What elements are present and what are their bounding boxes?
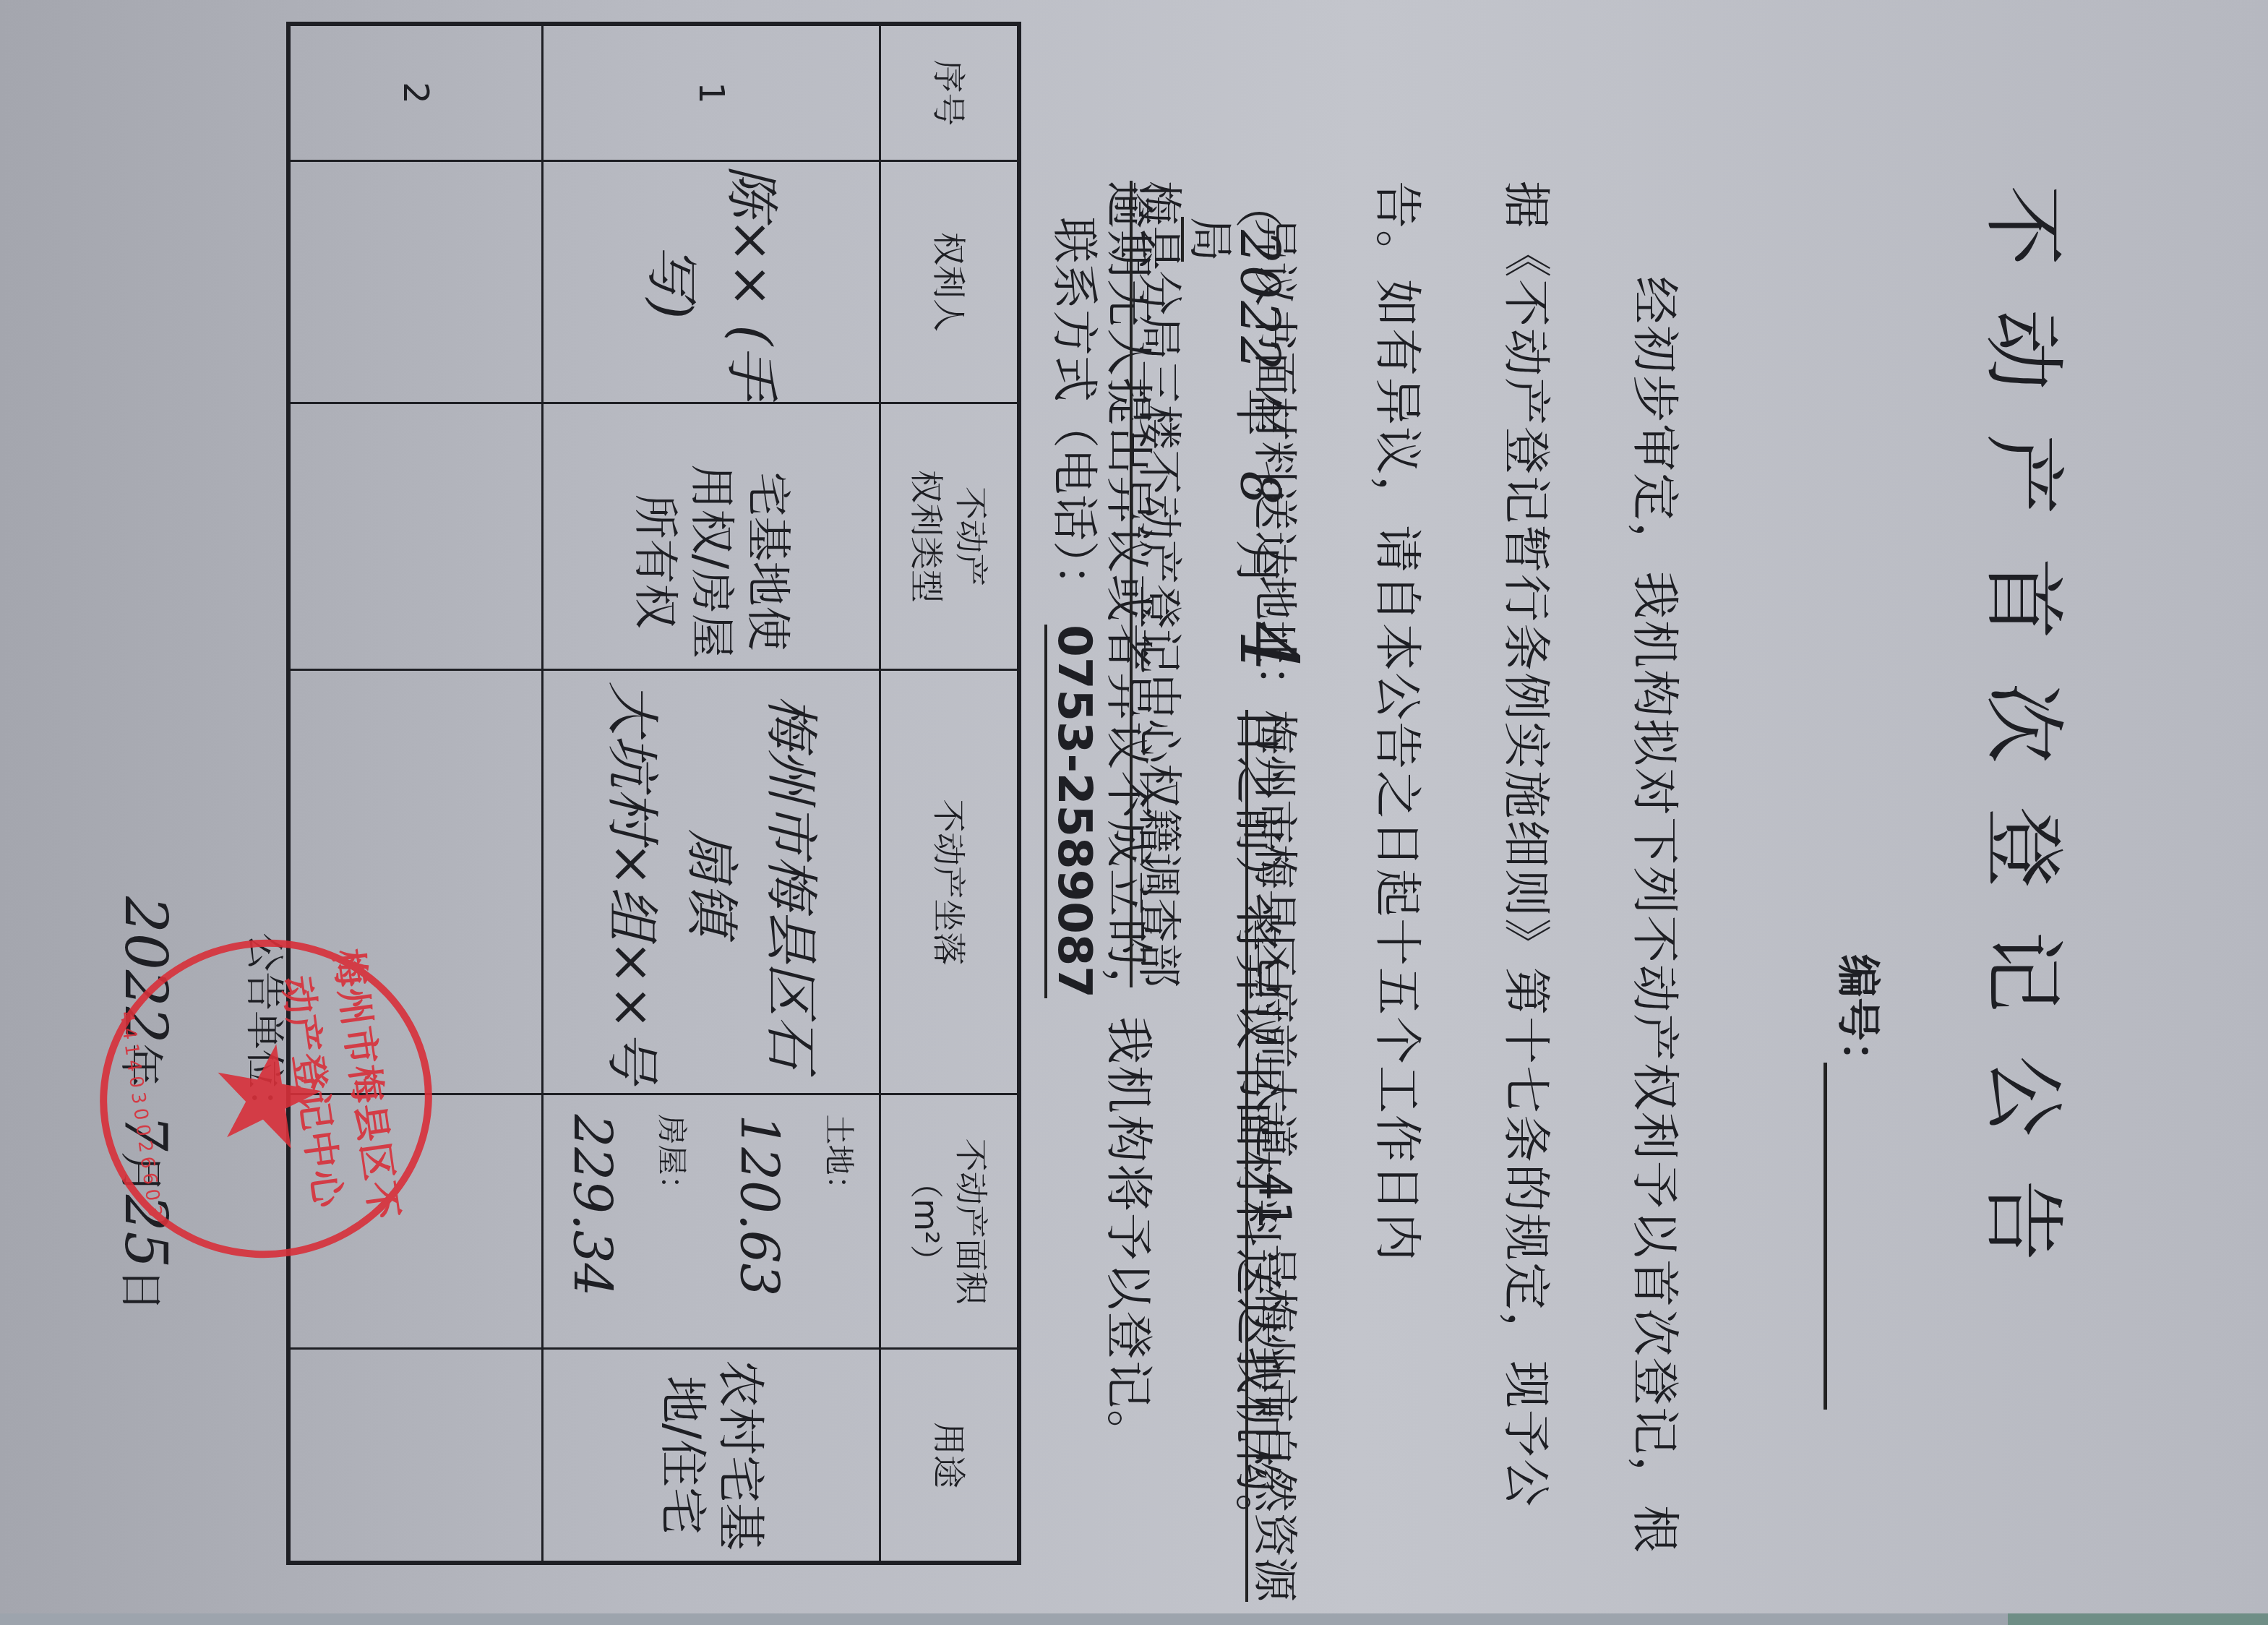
header-right-type: 不动产权利类型: [880, 403, 1020, 669]
cell-right-type: [288, 403, 543, 669]
notice-page: 不动产首次登记公告 编号： 经初步审定，我机构拟对下列不动产权利予以首次登记，根…: [0, 0, 2268, 1625]
header-index: 序号: [880, 24, 1020, 161]
cell-use: [288, 1349, 543, 1563]
table-header-row: 序号 权利人 不动产权利类型 不动产坐落 不动产面积（m²） 用途: [880, 24, 1020, 1563]
serial-label: 编号：: [1830, 954, 1892, 1084]
table-row: 2: [288, 24, 543, 1563]
header-location: 不动产坐落: [880, 670, 1020, 1094]
contact-label: 联系方式（电话）：: [1047, 217, 1101, 610]
registration-table: 序号 权利人 不动产权利类型 不动产坐落 不动产面积（m²） 用途 1 陈×× …: [286, 22, 1021, 1565]
contact-phone: 0753-2589087: [1044, 625, 1101, 998]
header-owner: 权利人: [880, 161, 1020, 403]
page-title: 不动产首次登记公告: [1971, 0, 2087, 1489]
cell-right-type: 宅基地使用权/房屋所有权: [543, 403, 880, 669]
serial-field[interactable]: [1824, 1063, 1827, 1410]
address-row-2: 梅县分局三楼不动产登记中心权籍调查部: [1130, 181, 1195, 987]
address-label: 异议书面材料送达地址：: [1248, 217, 1301, 710]
cell-owner: [288, 161, 543, 403]
address-row: 异议书面材料送达地址：梅州市梅县区府前大道 41 号梅州市自然资源局: [1182, 217, 1310, 1625]
contact-row: 联系方式（电话）： 0753-2589087: [1045, 217, 1112, 998]
table-row: 1 陈×× (手写) 宅基地使用权/房屋所有权 梅州市梅县区石扇镇大坑村×组××…: [543, 24, 880, 1563]
cell-owner: 陈×× (手写): [543, 161, 880, 403]
header-area: 不动产面积（m²）: [880, 1094, 1020, 1349]
address-line2: 梅县分局三楼不动产登记中心权籍调查部: [1130, 181, 1185, 987]
cell-area: 土地：120.63 房屋：229.34: [543, 1094, 880, 1349]
cell-use: 农村宅基地/住宅: [543, 1349, 880, 1563]
header-use: 用途: [880, 1349, 1020, 1563]
cell-location: 梅州市梅县区石扇镇大坑村×组××号: [543, 670, 880, 1094]
cell-index: 2: [288, 24, 543, 161]
cell-index: 1: [543, 24, 880, 161]
